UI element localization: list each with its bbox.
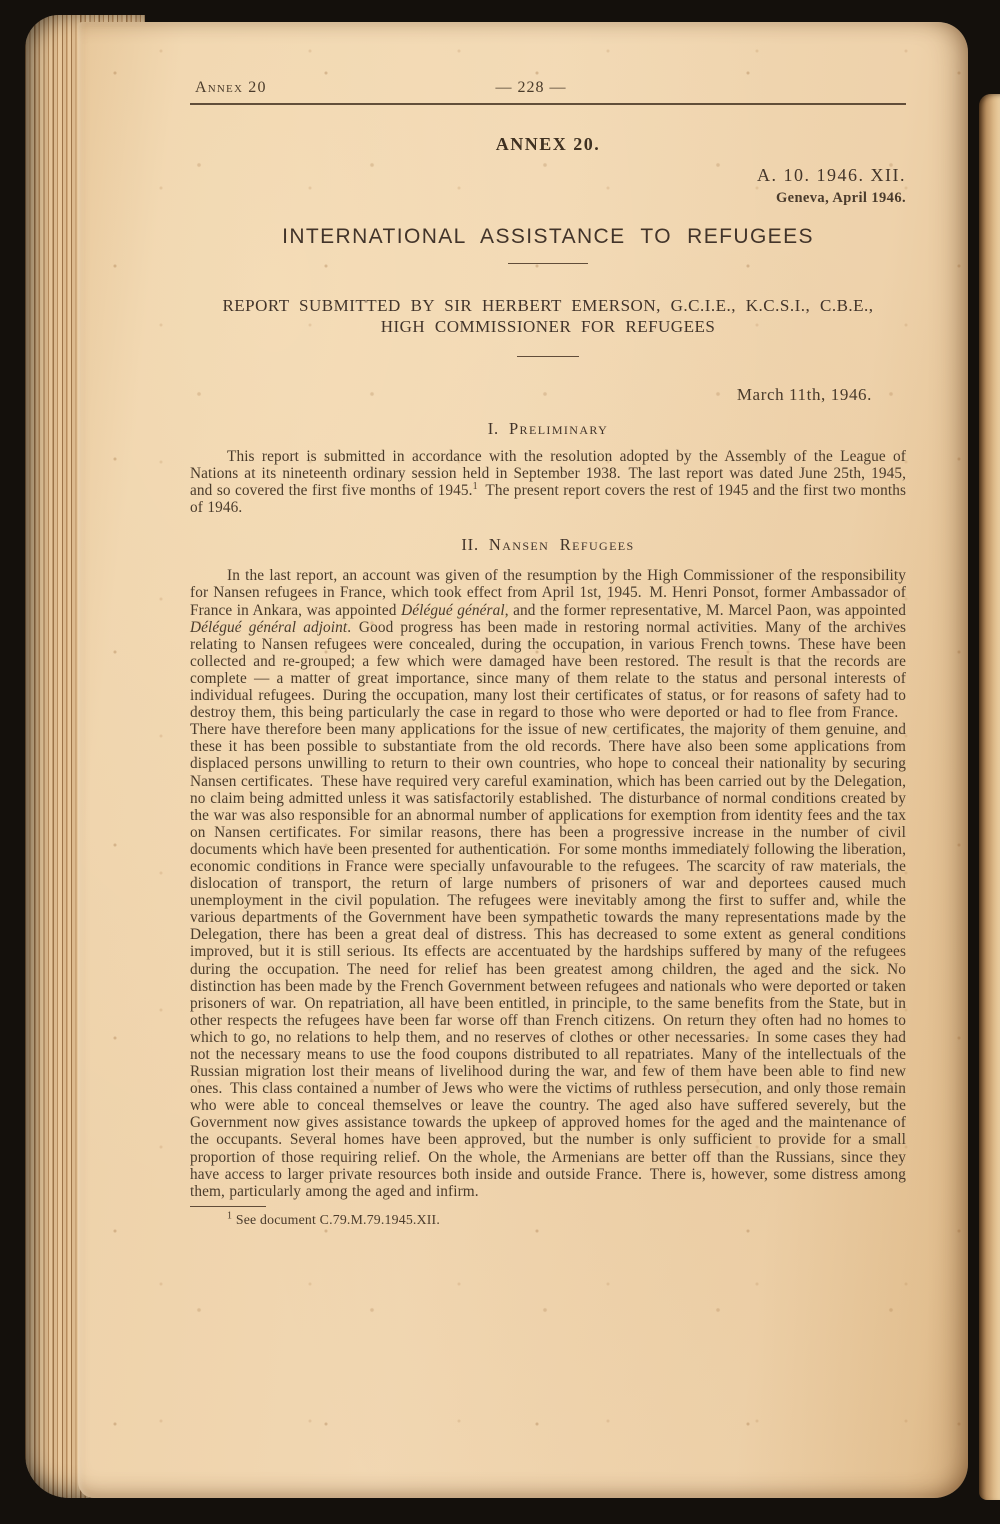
document-title: INTERNATIONAL ASSISTANCE TO REFUGEES xyxy=(190,225,906,249)
annex-heading: ANNEX 20. xyxy=(190,134,906,155)
italic-term-delegue-general-adjoint: Délégué général adjoint xyxy=(190,619,347,636)
section-heading-preliminary: I.Preliminary xyxy=(190,419,906,438)
italic-term-delegue-general: Délégué général xyxy=(401,602,505,619)
report-title-line-1: REPORT SUBMITTED BY SIR HERBERT EMERSON,… xyxy=(190,295,906,316)
section-heading-nansen: II.Nansen Refugees xyxy=(190,535,906,554)
para-text: , and the former representative, M. Marc… xyxy=(505,602,906,619)
place-and-date: Geneva, April 1946. xyxy=(190,189,906,207)
report-title-divider xyxy=(517,356,579,357)
footnote-rule xyxy=(190,1206,266,1207)
scanned-book-photo: Annex 20 — 228 — ANNEX 20. A. 10. 1946. … xyxy=(0,0,1000,1524)
title-divider xyxy=(508,263,588,264)
adjacent-page-sliver xyxy=(979,94,1000,1500)
footnote: 1 See document C.79.M.79.1945.XII. xyxy=(190,1212,906,1228)
section-numeral: I. xyxy=(488,419,499,438)
document-number: A. 10. 1946. XII. xyxy=(190,164,906,186)
section-title: Preliminary xyxy=(509,419,608,438)
report-title: REPORT SUBMITTED BY SIR HERBERT EMERSON,… xyxy=(190,295,906,337)
page-content: Annex 20 — 228 — ANNEX 20. A. 10. 1946. … xyxy=(190,22,906,1228)
report-title-line-2: HIGH COMMISSIONER FOR REFUGEES xyxy=(190,316,906,337)
paragraph-preliminary: This report is submitted in accordance w… xyxy=(190,448,906,516)
footnote-text: See document C.79.M.79.1945.XII. xyxy=(232,1212,440,1227)
section-title: Nansen Refugees xyxy=(489,535,635,554)
section-numeral: II. xyxy=(461,535,479,554)
running-head: Annex 20 — 228 — xyxy=(190,79,906,100)
header-rule xyxy=(190,103,906,105)
paragraph-nansen: In the last report, an account was given… xyxy=(190,567,906,1199)
date-line: March 11th, 1946. xyxy=(190,386,906,404)
para-text: . Good progress has been made in restori… xyxy=(190,619,906,1200)
document-page: Annex 20 — 228 — ANNEX 20. A. 10. 1946. … xyxy=(78,22,968,1498)
page-number: — 228 — xyxy=(173,79,889,97)
